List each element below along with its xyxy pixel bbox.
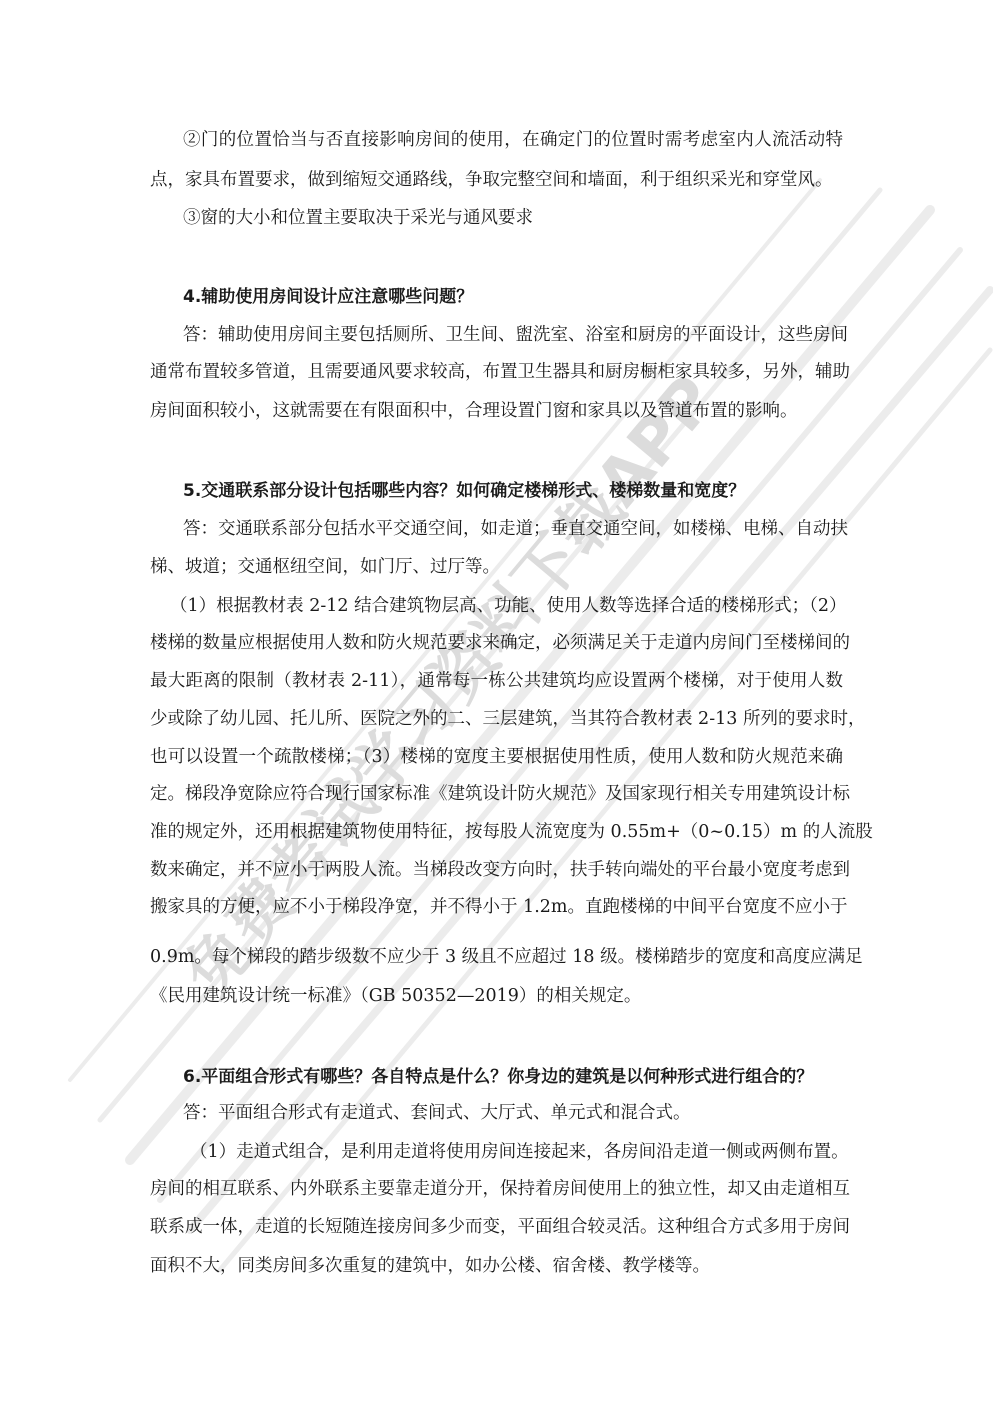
text-line: ②门的位置恰当与否直接影响房间的使用，在确定门的位置时需考虑室内人流活动特 (183, 128, 843, 152)
text-line: 定。梯段净宽除应符合现行国家标准《建筑设计防火规范》及国家现行相关专用建筑设计标 (150, 782, 843, 806)
text-line: 梯、坡道；交通枢纽空间，如门厅、过厅等。 (150, 555, 843, 579)
text-line: 楼梯的数量应根据使用人数和防火规范要求来确定，必须满足关于走道内房间门至楼梯间的 (150, 631, 843, 655)
text-line: 联系成一体，走道的长短随连接房间多少而变，平面组合较灵活。这种组合方式多用于房间 (150, 1215, 843, 1239)
text-line: 房间的相互联系、内外联系主要靠走道分开，保持着房间使用上的独立性，却又由走道相互 (150, 1177, 843, 1201)
text-line: （1）根据教材表 2-12 结合建筑物层高、功能、使用人数等选择合适的楼梯形式；… (170, 594, 843, 618)
text-line: 最大距离的限制（教材表 2-11），通常每一栋公共建筑均应设置两个楼梯，对于使用… (150, 669, 843, 693)
text-line: 通常布置较多管道，且需要通风要求较高，布置卫生器具和厨房橱柜家具较多，另外，辅助 (150, 360, 843, 384)
heading-text: 6.平面组合形式有哪些？各自特点是什么？你身边的建筑是以何种形式进行组合的？ (183, 1065, 843, 1089)
text-line: 搬家具的方便，应不小于梯段净宽，并不得小于 1.2m。直跑楼梯的中间平台宽度不应… (150, 895, 843, 919)
text-line: 少或除了幼儿园、托儿所、医院之外的二、三层建筑，当其符合教材表 2-13 所列的… (150, 707, 843, 731)
text-line: 准的规定外，还用根据建筑物使用特征，按每股人流宽度为 0.55m+（0~0.15… (150, 820, 843, 844)
text-line: 0.9m。每个梯段的踏步级数不应少于 3 级且不应超过 18 级。楼梯踏步的宽度… (150, 945, 843, 969)
text-line: （1）走道式组合，是利用走道将使用房间连接起来，各房间沿走道一侧或两侧布置。 (190, 1140, 843, 1164)
text-line: 面积不大，同类房间多次重复的建筑中，如办公楼、宿舍楼、教学楼等。 (150, 1254, 843, 1278)
text-line: 答：交通联系部分包括水平交通空间，如走道；垂直交通空间，如楼梯、电梯、自动扶 (183, 517, 843, 541)
text-line: 房间面积较小，这就需要在有限面积中，合理设置门窗和家具以及管道布置的影响。 (150, 399, 843, 423)
heading-text: 5.交通联系部分设计包括哪些内容？如何确定楼梯形式、楼梯数量和宽度？ (183, 479, 843, 503)
text-line: 答：平面组合形式有走道式、套间式、大厅式、单元式和混合式。 (183, 1101, 843, 1125)
text-line: ③窗的大小和位置主要取决于采光与通风要求 (183, 206, 843, 230)
heading-text: 4.辅助使用房间设计应注意哪些问题？ (183, 285, 843, 309)
text-line: 答：辅助使用房间主要包括厕所、卫生间、盥洗室、浴室和厨房的平面设计，这些房间 (183, 323, 843, 347)
text-line: 数来确定，并不应小于两股人流。当梯段改变方向时，扶手转向端处的平台最小宽度考虑到 (150, 858, 843, 882)
text-line: 也可以设置一个疏散楼梯；（3）楼梯的宽度主要根据使用性质，使用人数和防火规范来确 (150, 745, 843, 769)
text-line: 《民用建筑设计统一标准》（GB 50352—2019）的相关规定。 (150, 984, 843, 1008)
text-line: 点，家具布置要求，做到缩短交通路线，争取完整空间和墙面，利于组织采光和穿堂风。 (150, 168, 843, 192)
document-page: ②门的位置恰当与否直接影响房间的使用，在确定门的位置时需考虑室内人流活动特点，家… (0, 0, 993, 1404)
